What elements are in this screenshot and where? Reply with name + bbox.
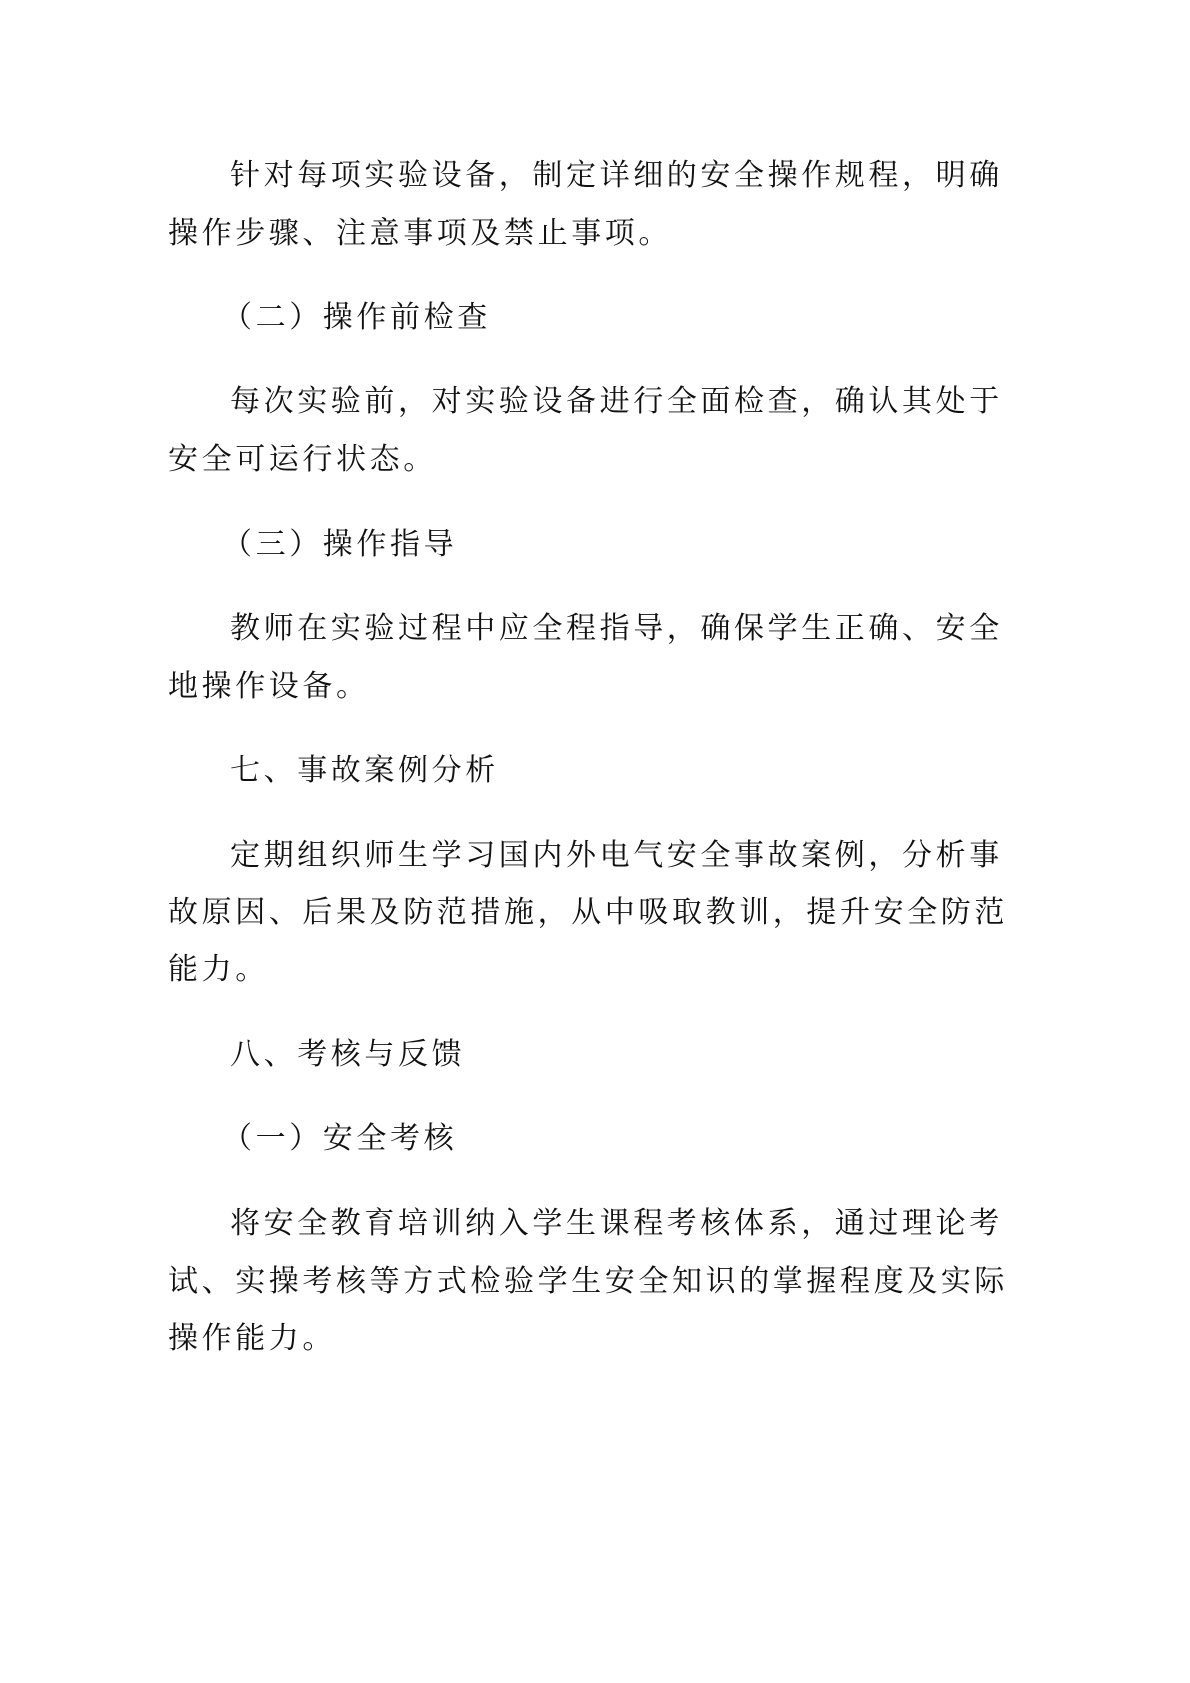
section-heading: 八、考核与反馈 <box>230 1037 1010 1073</box>
paragraph-line: 每次实验前，对实验设备进行全面检查，确认其处于 <box>230 384 1010 420</box>
paragraph-line: 故原因、后果及防范措施，从中吸取教训，提升安全防范 <box>168 895 948 931</box>
document-page: 针对每项实验设备，制定详细的安全操作规程，明确 操作步骤、注意事项及禁止事项。 … <box>0 0 1190 1683</box>
paragraph-line: 地操作设备。 <box>168 669 948 705</box>
paragraph-line: 教师在实验过程中应全程指导，确保学生正确、安全 <box>230 611 1010 647</box>
paragraph-line: 操作能力。 <box>168 1321 948 1357</box>
subheading: （一）安全考核 <box>222 1121 1002 1157</box>
subheading: （三）操作指导 <box>222 527 1002 563</box>
paragraph-line: 将安全教育培训纳入学生课程考核体系，通过理论考 <box>230 1206 1010 1242</box>
paragraph-line: 试、实操考核等方式检验学生安全知识的掌握程度及实际 <box>168 1264 948 1300</box>
paragraph-line: 针对每项实验设备，制定详细的安全操作规程，明确 <box>230 158 1010 194</box>
subheading: （二）操作前检查 <box>222 300 1002 336</box>
paragraph-line: 操作步骤、注意事项及禁止事项。 <box>168 216 948 252</box>
paragraph-line: 安全可运行状态。 <box>168 442 948 478</box>
paragraph-line: 定期组织师生学习国内外电气安全事故案例，分析事 <box>230 838 1010 874</box>
paragraph-line: 能力。 <box>168 952 948 988</box>
section-heading: 七、事故案例分析 <box>230 753 1010 789</box>
